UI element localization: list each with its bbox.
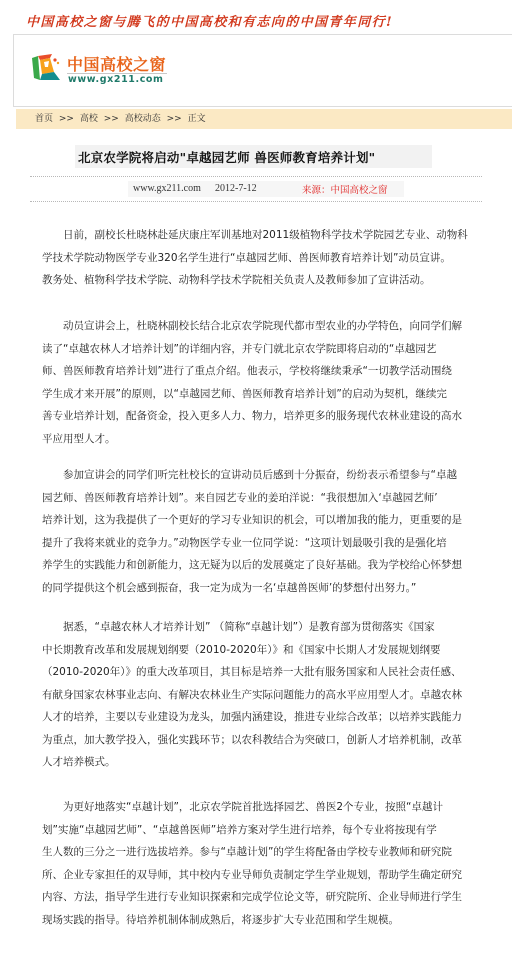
breadcrumb: 首页 >> 高校 >> 高校动态 >> 正文 — [16, 109, 512, 129]
paragraph-line: 动员宣讲会上，杜晓林副校长结合北京农学院现代都市型农业的办学特色，向同学们解 — [42, 315, 482, 338]
site-logo[interactable]: 中国高校之窗 www.gx211.com — [30, 50, 170, 90]
logo-window-icon — [30, 50, 64, 84]
article-paragraph: 日前，副校长杜晓林赴延庆康庄军训基地对2011级植物科学技术学院园艺专业、动物科… — [42, 224, 482, 292]
paragraph-line: 教务处、植物科学技术学院、动物科学技术学院相关负责人及教师参加了宣讲活动。 — [42, 269, 482, 292]
paragraph-line: 日前，副校长杜晓林赴延庆康庄军训基地对2011级植物科学技术学院园艺专业、动物科 — [42, 224, 482, 247]
logo-name: 中国高校之窗 — [67, 52, 166, 75]
article-paragraph: 据悉，“卓越农林人才培养计划” （简称“卓越计划”）是教育部为贯彻落实《国家 中… — [42, 616, 482, 774]
paragraph-line: 有献身国家农林事业志向、有解决农林业生产实际问题能力的高水平应用型人才。卓越农林 — [42, 684, 482, 707]
paragraph-line: 学技术学院动物医学专业320名学生进行“卓越园艺师、兽医师教育培养计划”动员宣讲… — [42, 247, 482, 270]
paragraph-line: 养学生的实践能力和创新能力，这无疑为以后的发展奠定了良好基础。我为学校给心怀梦想 — [42, 554, 482, 577]
paragraph-line: 的同学提供这个机会感到振奋，我一定为成为一名‘卓越兽医师’的梦想付出努力。” — [42, 577, 482, 600]
paragraph-line: 学生成才来开展”的原则，以“卓越园艺师、兽医师教育培养计划”的启动为契机，继续完 — [42, 383, 482, 406]
paragraph-line: 据悉，“卓越农林人才培养计划” （简称“卓越计划”）是教育部为贯彻落实《国家 — [42, 616, 482, 639]
breadcrumb-home[interactable]: 首页 — [35, 114, 53, 124]
paragraph-line: 人才培养模式。 — [42, 751, 482, 774]
article-paragraph: 为更好地落实“卓越计划”，北京农学院首批选择园艺、兽医2个专业，按照“卓越计 划… — [42, 796, 482, 931]
divider-bottom — [30, 201, 482, 202]
paragraph-line: 培养计划，这为我提供了一个更好的学习专业知识的机会，可以增加我的能力，更重要的是 — [42, 509, 482, 532]
paragraph-line: 提升了我将来就业的竞争力。”动物医学专业一位同学说：“这项计划最吸引我的是强化培 — [42, 532, 482, 555]
paragraph-line: 内容、方法，指导学生进行专业知识探索和完成学位论文等，研究院所、企业导师进行学生 — [42, 886, 482, 909]
breadcrumb-separator: >> — [59, 114, 74, 124]
site-slogan: 中国高校之窗与腾飞的中国高校和有志向的中国青年同行! — [26, 11, 393, 30]
breadcrumb-separator: >> — [167, 114, 182, 124]
breadcrumb-colleges[interactable]: 高校 — [80, 114, 98, 124]
paragraph-line: 平应用型人才。 — [42, 428, 482, 451]
paragraph-line: 所、企业专家担任的双导师，其中校内专业导师负责制定学生学业规划，帮助学生确定研究 — [42, 864, 482, 887]
article-title: 北京农学院将启动"卓越园艺师 兽医师教育培养计划" — [78, 148, 375, 166]
article-site: www.gx211.com — [133, 183, 201, 194]
paragraph-line: 中长期教育改革和发展规划纲要（2010-2020年）》和《国家中长期人才发展规划… — [42, 639, 482, 662]
paragraph-line: 善专业培养计划，配备资金，投入更多人力、物力，培养更多的服务现代农林业建设的高水 — [42, 405, 482, 428]
paragraph-line: （2010-2020年）》的重大改革项目，其目标是培养一大批有服务国家和人民社会… — [42, 661, 482, 684]
breadcrumb-current: 正文 — [188, 114, 206, 124]
paragraph-line: 为更好地落实“卓越计划”，北京农学院首批选择园艺、兽医2个专业，按照“卓越计 — [42, 796, 482, 819]
logo-url: www.gx211.com — [68, 74, 164, 85]
paragraph-line: 师、兽医师教育培养计划”进行了重点介绍。他表示，学校将继续秉承“一切教学活动围绕 — [42, 360, 482, 383]
breadcrumb-separator: >> — [104, 114, 119, 124]
paragraph-line: 园艺师、兽医师教育培养计划”。来自园艺专业的姜珀洋说：“我很想加入‘卓越园艺师’ — [42, 487, 482, 510]
article-date: 2012-7-12 — [215, 183, 257, 194]
article-source: 来源：中国高校之窗 — [302, 182, 388, 196]
breadcrumb-college-news[interactable]: 高校动态 — [125, 114, 161, 124]
paragraph-line: 划”实施“卓越园艺师”、“卓越兽医师”培养方案对学生进行培养，每个专业将按现有学 — [42, 819, 482, 842]
paragraph-line: 参加宣讲会的同学们听完杜校长的宣讲动员后感到十分振奋，纷纷表示希望参与“卓越 — [42, 464, 482, 487]
paragraph-line: 生人数的三分之一进行选拔培养。参与“卓越计划”的学生将配备由学校专业教师和研究院 — [42, 841, 482, 864]
paragraph-line: 为重点，加大教学投入，强化实践环节；以农科教结合为突破口，创新人才培养机制，改革 — [42, 729, 482, 752]
paragraph-line: 人才的培养，主要以专业建设为龙头，加强内涵建设，推进专业综合改革；以培养实践能力 — [42, 706, 482, 729]
divider-top — [30, 176, 482, 177]
paragraph-line: 读了“卓越农林人才培养计划”的详细内容，并专门就北京农学院即将启动的“卓越园艺 — [42, 338, 482, 361]
article-paragraph: 动员宣讲会上，杜晓林副校长结合北京农学院现代都市型农业的办学特色，向同学们解 读… — [42, 315, 482, 450]
article-paragraph: 参加宣讲会的同学们听完杜校长的宣讲动员后感到十分振奋，纷纷表示希望参与“卓越 园… — [42, 464, 482, 599]
paragraph-line: 现场实践的指导。待培养机制体制成熟后，将逐步扩大专业范围和学生规模。 — [42, 909, 482, 932]
